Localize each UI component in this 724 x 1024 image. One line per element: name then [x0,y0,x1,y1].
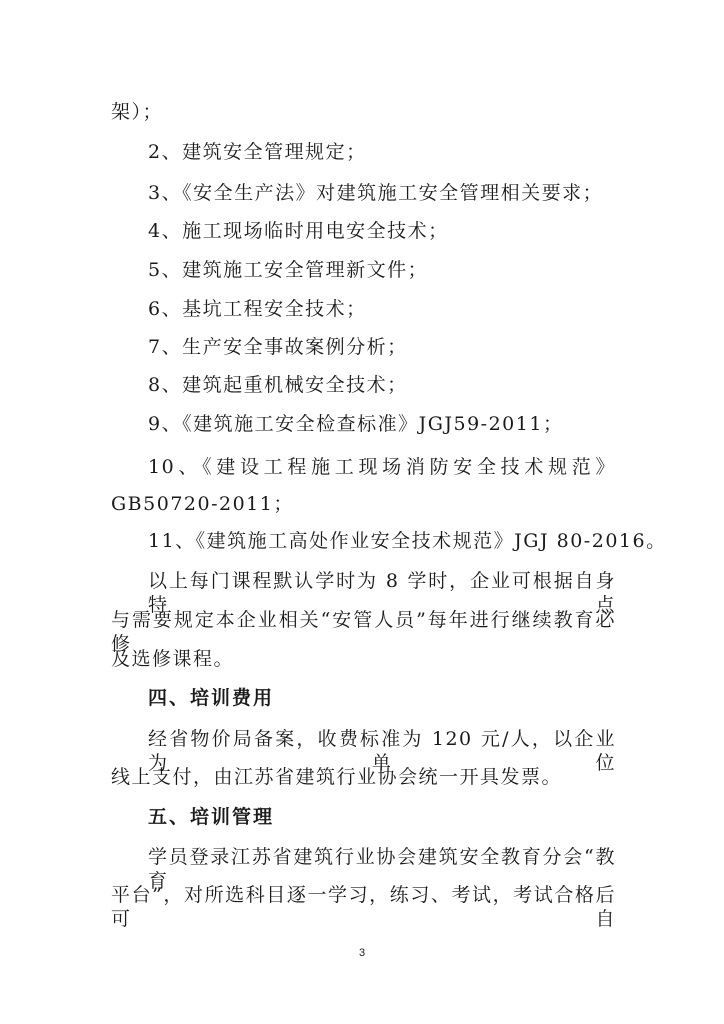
document-page: 架）； 2、建筑安全管理规定； 3、《安全生产法》对建筑施工安全管理相关要求； … [0,0,724,1024]
text-line: 线上支付，由江苏省建筑行业协会统一开具发票。 [111,765,562,789]
course-item-11: 11、《建筑施工高处作业安全技术规范》JGJ 80-2016。 [148,529,667,553]
text-line: 及选修课程。 [111,647,234,671]
text-line: 架）； [111,100,163,124]
section-heading-management: 五、培训管理 [148,805,274,829]
section-heading-fee: 四、培训费用 [148,686,274,710]
course-item-2: 2、建筑安全管理规定； [148,140,367,164]
course-item-6: 6、基坑工程安全技术； [148,297,367,321]
course-item-9: 9、《建筑施工安全检查标准》JGJ59-2011； [148,412,563,436]
course-item-4: 4、施工现场临时用电安全技术； [148,219,449,243]
course-item-10: 10、《建设工程施工现场消防安全技术规范》 [148,455,616,479]
page-number: 3 [0,947,724,959]
text-line: 平台”，对所选科目逐一学习，练习、考试，考试合格后可自 [111,883,616,931]
course-item-3: 3、《安全生产法》对建筑施工安全管理相关要求； [148,181,603,205]
course-item-5: 5、建筑施工安全管理新文件； [148,258,428,282]
course-item-7: 7、生产安全事故案例分析； [148,335,408,359]
course-item-10-cont: GB50720-2011； [111,492,294,516]
course-item-8: 8、建筑起重机械安全技术； [148,373,408,397]
